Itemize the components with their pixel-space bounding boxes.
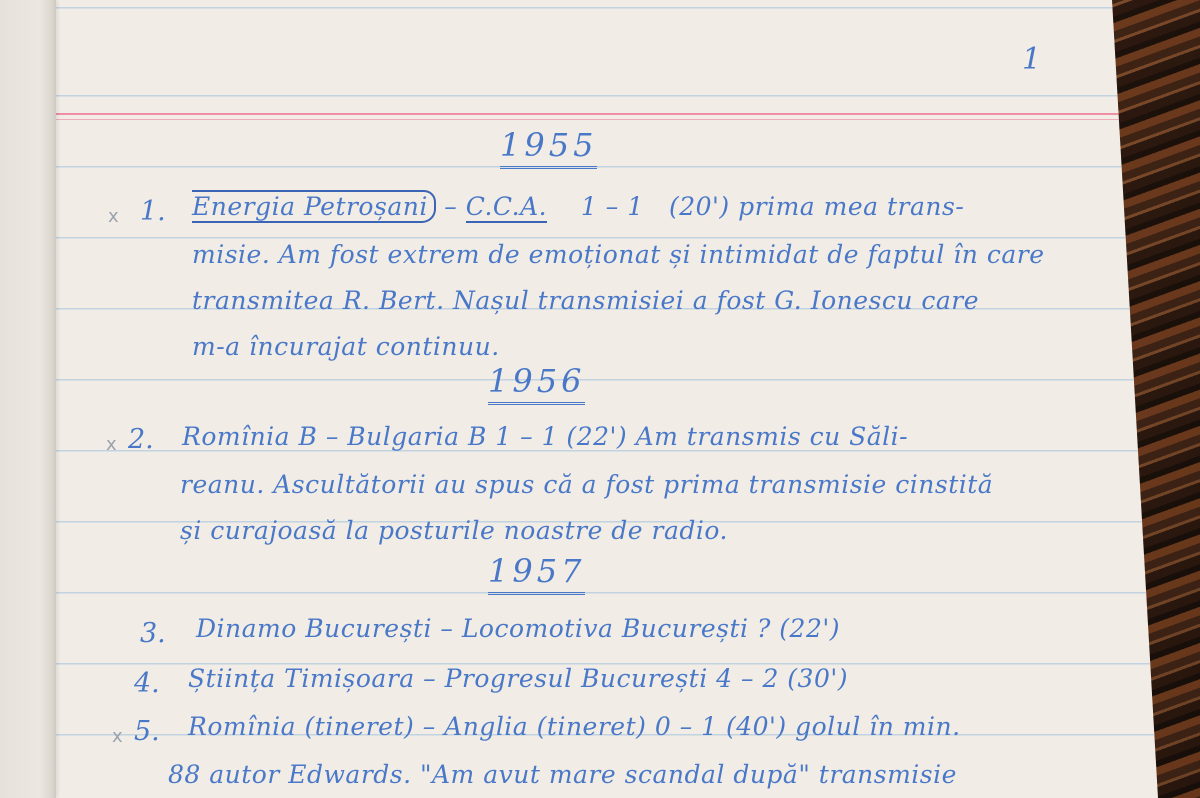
entry-number: 1. (140, 196, 166, 227)
year-heading-1957: 1957 (488, 552, 585, 595)
away-team: C.C.A. (466, 192, 547, 223)
entry-3-line-1: Dinamo București – Locomotiva București … (196, 614, 840, 643)
match-separator: – (444, 192, 457, 221)
entry-1-line-2: misie. Am fost extrem de emoționat și in… (192, 240, 1044, 269)
entry-1-line-4: m-a încurajat continuu. (192, 332, 500, 361)
entry-2-line-2: reanu. Ascultătorii au spus că a fost pr… (180, 470, 993, 499)
check-mark: x (108, 206, 119, 227)
year-heading-1956: 1956 (488, 362, 585, 405)
entry-2-line-1: Romînia B – Bulgaria B 1 – 1 (22') Am tr… (182, 422, 908, 451)
entry-number: 3. (140, 618, 166, 649)
check-mark: x (106, 434, 117, 455)
broadcast-minute: (20') (669, 192, 730, 221)
entry-number: 2. (128, 424, 154, 455)
home-team: Energia Petroșani (192, 190, 436, 223)
previous-page-edge (0, 0, 56, 798)
entry-2-line-3: și curajoasă la posturile noastre de rad… (180, 516, 728, 545)
entry-1-line-3: transmitea R. Bert. Nașul transmisiei a … (192, 286, 979, 315)
check-mark: x (112, 726, 123, 747)
entry-5-line-2: 88 autor Edwards. "Am avut mare scandal … (168, 760, 957, 789)
entry-note: prima mea trans- (738, 192, 964, 221)
entry-number: 5. (134, 716, 160, 747)
match-score: 1 – 1 (581, 192, 644, 221)
entry-1-line-1: Energia Petroșani – C.C.A. 1 – 1 (20') p… (192, 192, 964, 221)
top-margin-line-secondary (0, 119, 1160, 120)
entry-number: 4. (134, 668, 160, 699)
entry-5-line-1: Romînia (tineret) – Anglia (tineret) 0 –… (188, 712, 961, 741)
photo-scene: 1 1955 x 1. Energia Petroșani – C.C.A. 1… (0, 0, 1200, 798)
entry-4-line-1: Știința Timișoara – Progresul București … (188, 664, 848, 693)
top-margin-line (0, 113, 1160, 115)
notebook-page: 1 1955 x 1. Energia Petroșani – C.C.A. 1… (0, 0, 1160, 798)
year-heading-1955: 1955 (500, 126, 597, 169)
page-number: 1 (1022, 42, 1042, 77)
